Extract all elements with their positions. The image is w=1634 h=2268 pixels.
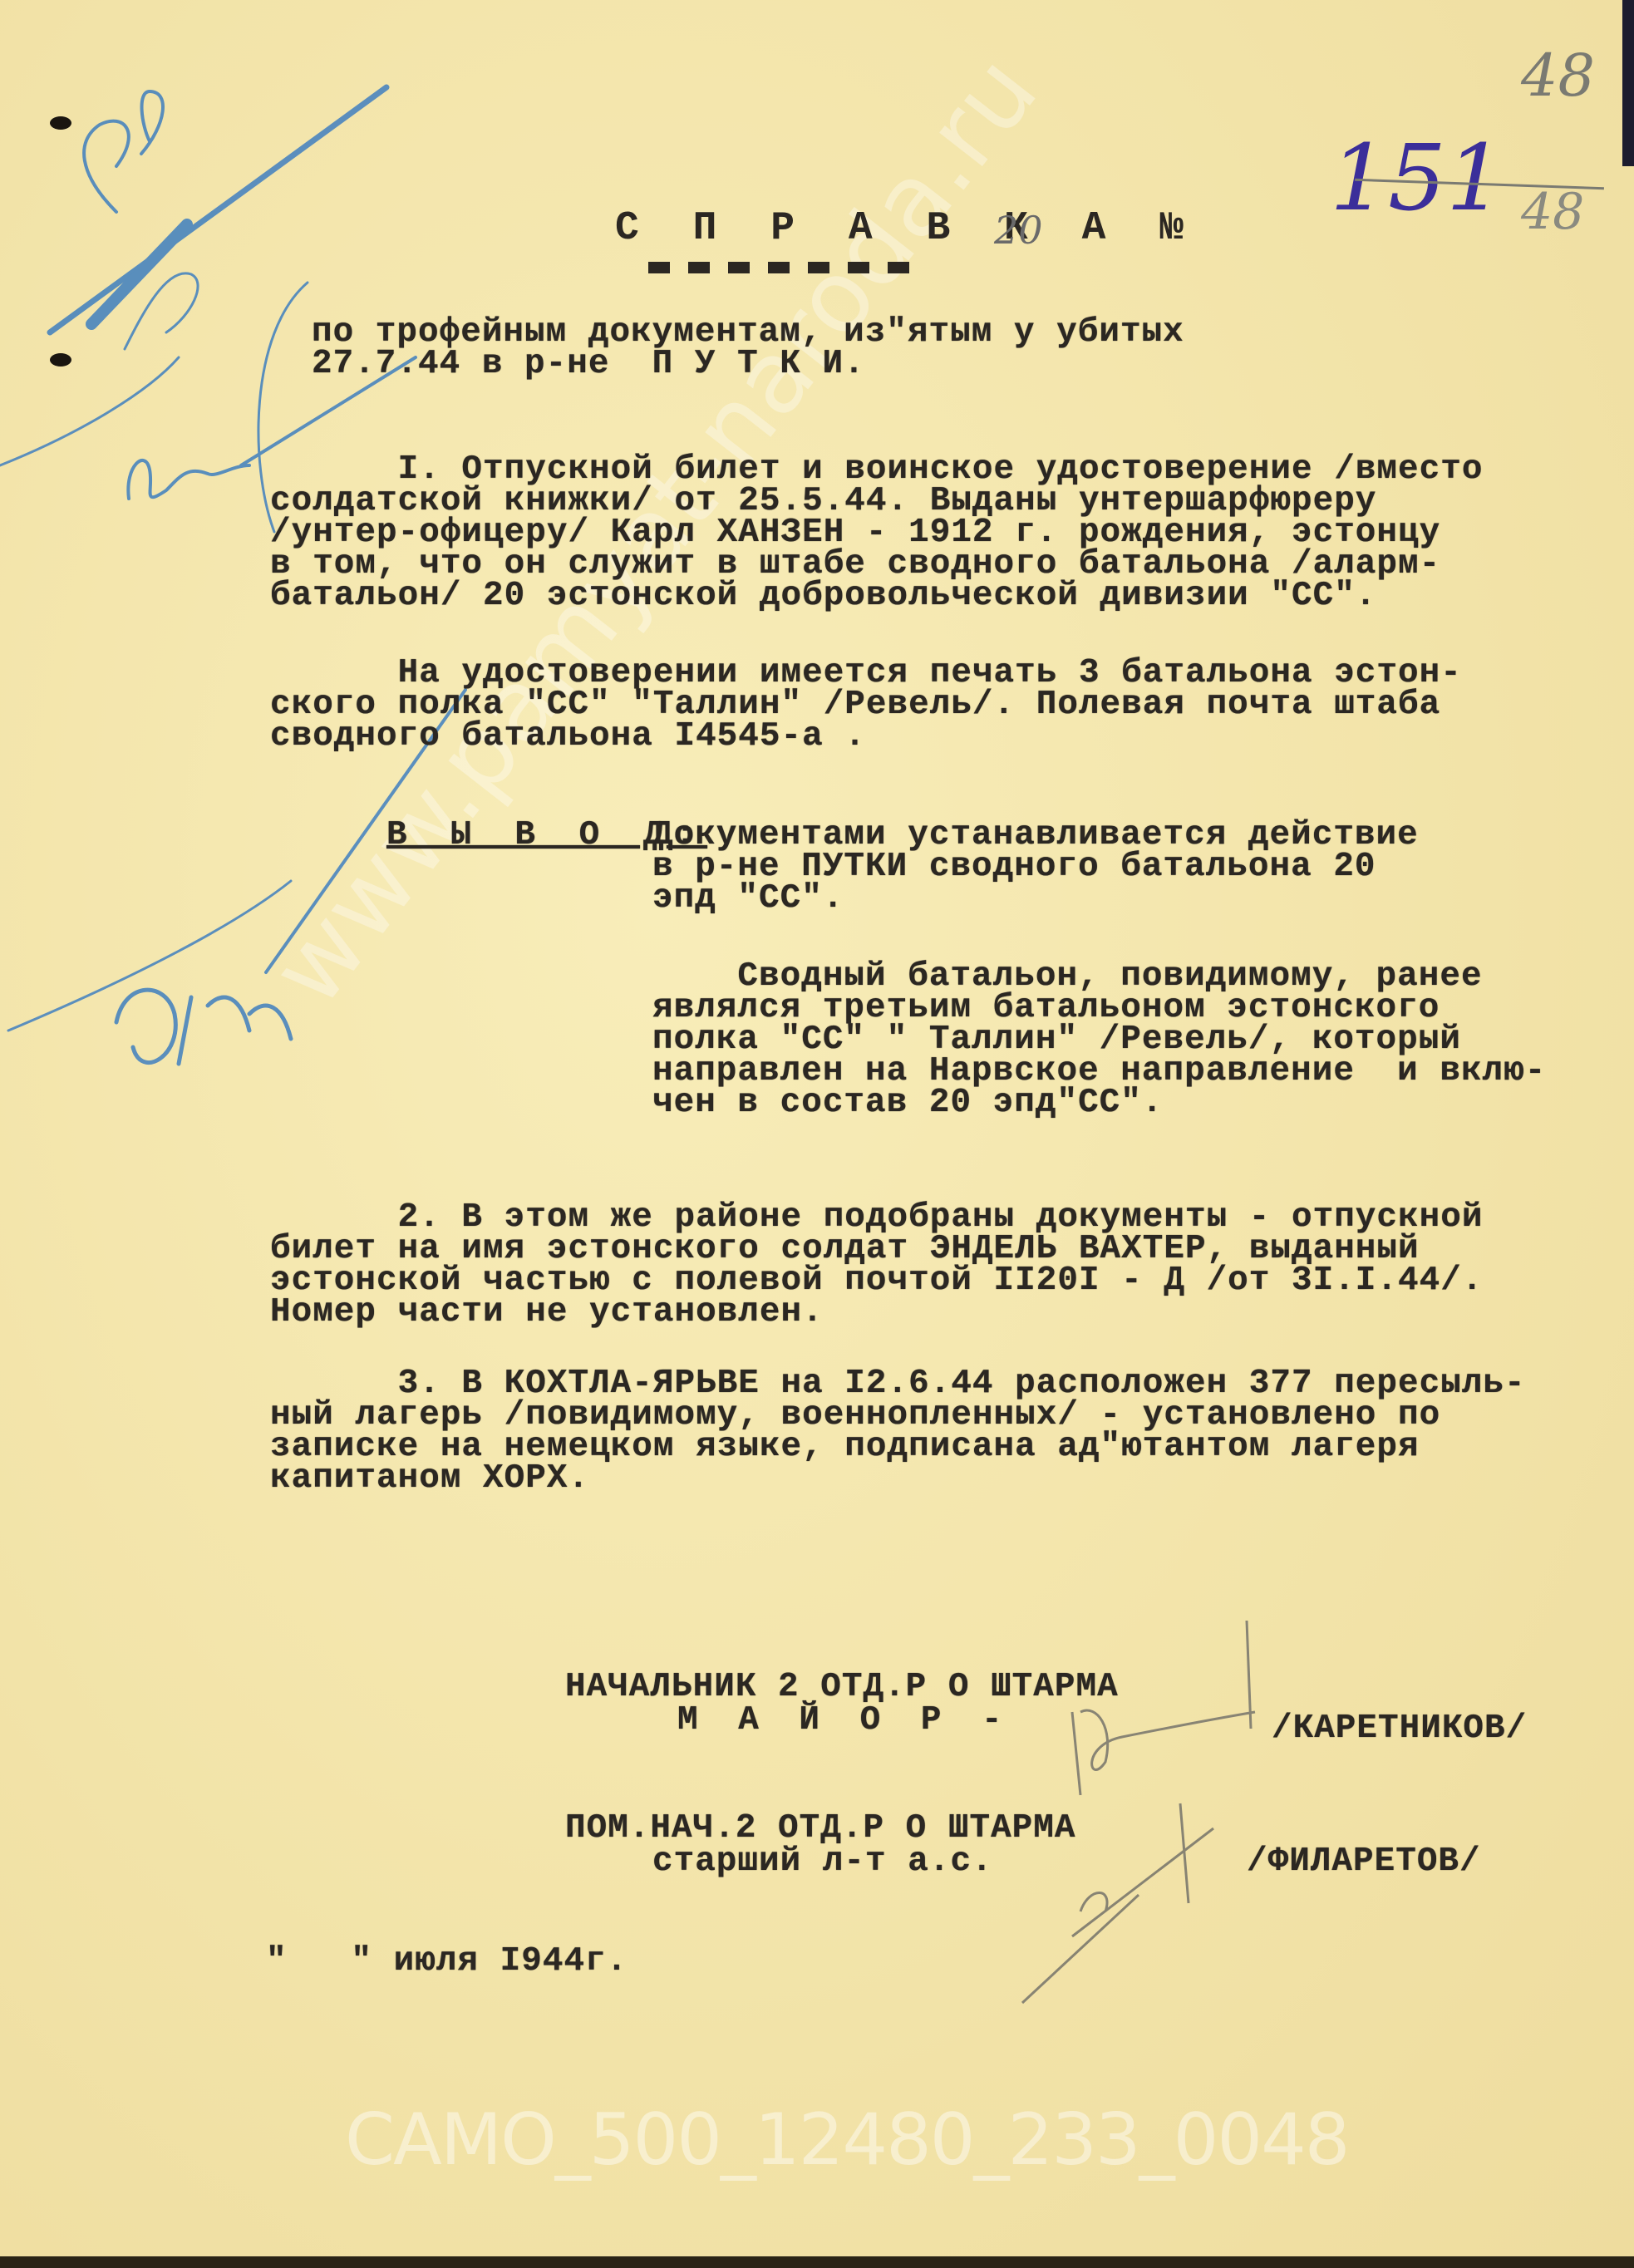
- conclusion-line: Документами устанавливается действие: [652, 819, 1419, 852]
- paragraph-2-line: Номер части не установлен.: [270, 1296, 824, 1329]
- paragraph-1b-line: сводного батальона I4545-а .: [270, 720, 866, 753]
- signatory-1-name: /КАРЕТНИКОВ/: [1272, 1712, 1527, 1745]
- conclusion-line-2: Сводный батальон, повидимому, ранее: [652, 960, 1483, 993]
- signatory-2-name: /ФИЛАРЕТОВ/: [1247, 1845, 1481, 1878]
- conclusion-line: в р-не ПУТКИ сводного батальона 20: [652, 850, 1376, 883]
- paragraph-3-line: записке на немецком языке, подписана ад"…: [270, 1430, 1420, 1464]
- document-title: С П Р А В К А №: [615, 206, 1198, 251]
- paragraph-1-line: /унтер-офицеру/ Карл ХАНЗЕН - 1912 г. ро…: [270, 516, 1440, 549]
- paragraph-3-line: ный лагерь /повидимому, военнопленных/ -…: [270, 1399, 1440, 1432]
- paragraph-1-line: I. Отпускной билет и воинское удостовере…: [270, 453, 1483, 486]
- conclusion-line: эпд "СС".: [652, 882, 844, 915]
- paragraph-1-line: батальон/ 20 эстонской добровольческой д…: [270, 579, 1376, 613]
- folio-pencil-top: 48: [1521, 42, 1595, 110]
- conclusion-line-2: направлен на Нарвское направление и вклю…: [652, 1055, 1546, 1088]
- conclusion-line-2: чен в состав 20 эпд"СС".: [652, 1086, 1164, 1119]
- paragraph-1b-line: На удостоверении имеется печать 3 баталь…: [270, 657, 1462, 690]
- paragraph-2-line: билет на имя эстонского солдат ЭНДЕЛЬ ВА…: [270, 1232, 1420, 1266]
- paragraph-1b-line: ского полка "СС" "Таллин" /Ревель/. Поле…: [270, 688, 1440, 721]
- paragraph-2-line: 2. В этом же районе подобраны документы …: [270, 1201, 1483, 1234]
- paragraph-1-line: в том, что он служит в штабе сводного ба…: [270, 548, 1440, 581]
- folio-pencil-bottom: 48: [1521, 183, 1584, 241]
- signatory-2-title: ПОМ.НАЧ.2 ОТД.Р О ШТАРМА: [565, 1812, 1076, 1845]
- signatory-1-title: НАЧАЛЬНИК 2 ОТД.Р О ШТАРМА: [565, 1670, 1119, 1704]
- paragraph-2-line: эстонской частью с полевой почтой II20I …: [270, 1264, 1483, 1297]
- conclusion-line-2: являлся третьим батальоном эстонского: [652, 991, 1440, 1025]
- conclusion-line-2: полка "СС" " Таллин" /Ревель/, который: [652, 1023, 1461, 1056]
- subtitle-line: по трофейным документам, из"ятым у убиты…: [312, 316, 1184, 349]
- document-number: 20: [994, 208, 1043, 253]
- title-underline: [648, 262, 923, 273]
- paragraph-3-line: 3. В КОХТЛА-ЯРЬВЕ на I2.6.44 расположен …: [270, 1367, 1526, 1400]
- archive-id-watermark: CAMO_500_12480_233_0048: [345, 2098, 1349, 2182]
- paragraph-1-line: солдатской книжки/ от 25.5.44. Выданы ун…: [270, 485, 1376, 518]
- signatory-2-rank: старший л-т а.с.: [652, 1845, 993, 1878]
- paragraph-3-line: капитаном ХОРХ.: [270, 1462, 589, 1495]
- subtitle-line: 27.7.44 в р-не П У Т К И.: [312, 347, 865, 381]
- document-date: " " июля I944г.: [266, 1945, 628, 1978]
- signatory-1-rank: М А Й О Р -: [677, 1704, 1012, 1737]
